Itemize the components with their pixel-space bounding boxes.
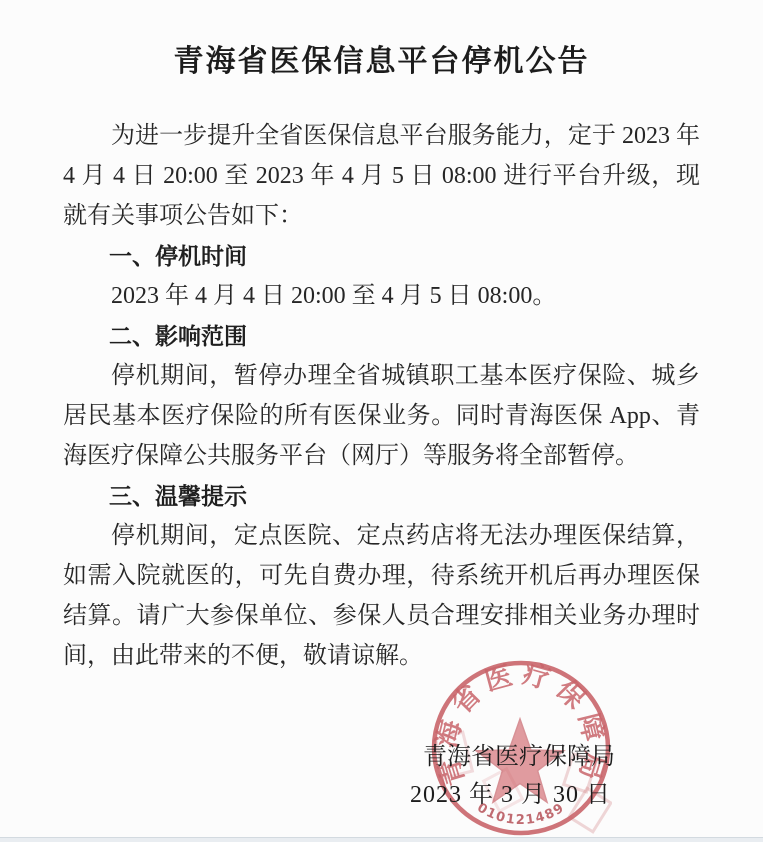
announcement-document: 青海省医保信息平台停机公告 为进一步提升全省医保信息平台服务能力，定于 2023… <box>0 0 763 842</box>
intro-paragraph: 为进一步提升全省医保信息平台服务能力，定于 2023 年 4 月 4 日 20:… <box>63 116 700 236</box>
section-1-body: 2023 年 4 月 4 日 20:00 至 4 月 5 日 08:00。 <box>63 276 700 316</box>
page-title: 青海省医保信息平台停机公告 <box>0 36 763 80</box>
signature-issuer: 青海省医疗保障局 <box>410 738 615 776</box>
signature-date: 2023 年 3 月 30 日 <box>410 776 615 814</box>
section-2-heading: 二、影响范围 <box>63 316 700 356</box>
page-bottom-edge <box>0 837 763 842</box>
section-3-body: 停机期间，定点医院、定点药店将无法办理医保结算，如需入院就医的，可先自费办理，待… <box>63 516 700 676</box>
document-body: 为进一步提升全省医保信息平台服务能力，定于 2023 年 4 月 4 日 20:… <box>63 116 700 676</box>
signature-block: 青海省医疗保障局 2023 年 3 月 30 日 <box>410 738 615 814</box>
section-2-body: 停机期间，暂停办理全省城镇职工基本医疗保险、城乡居民基本医疗保险的所有医保业务。… <box>63 356 700 476</box>
section-1-heading: 一、停机时间 <box>63 236 700 276</box>
section-3-heading: 三、温馨提示 <box>63 476 700 516</box>
